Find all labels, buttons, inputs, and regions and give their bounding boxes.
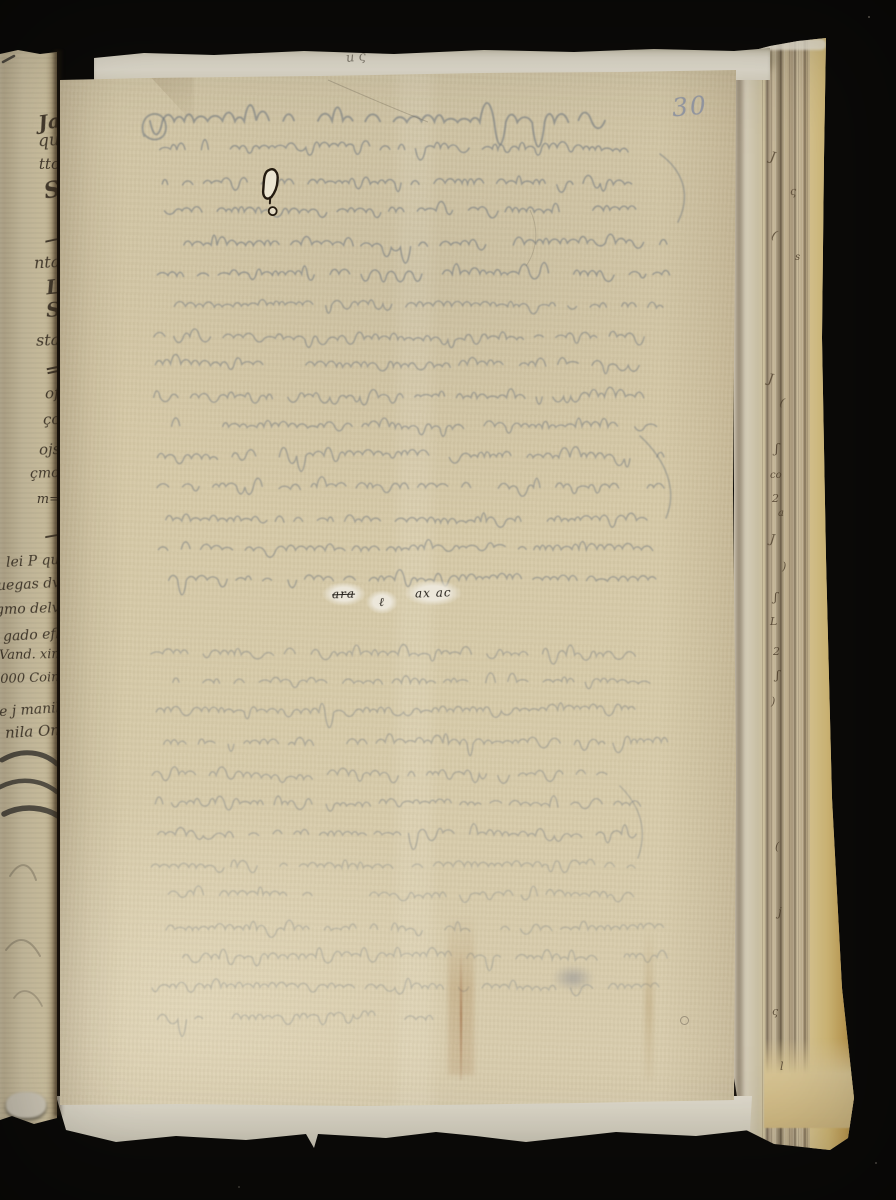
facing-page-strip: JaquttoS—ntaLSsta=ofçoojsçmom=—lei P quu… bbox=[0, 48, 57, 1124]
fore-edge-ink-mark: ʃ bbox=[776, 668, 779, 682]
speck bbox=[238, 1186, 240, 1188]
hole-patch-text: ax ac bbox=[414, 585, 451, 600]
speck bbox=[875, 1162, 877, 1164]
hole-patch: ax ac bbox=[404, 580, 462, 606]
fore-edge-crevice bbox=[766, 38, 768, 1150]
speck bbox=[868, 16, 870, 18]
pencil-edge-mark: u ς bbox=[345, 49, 366, 66]
hole-patch: ℓ bbox=[366, 590, 398, 614]
vellum-cover-edge bbox=[810, 38, 856, 1150]
paper-scratches bbox=[60, 70, 736, 1106]
fore-edge-ink-mark: j bbox=[778, 905, 782, 919]
fore-edge-ink-mark: s bbox=[795, 252, 800, 263]
fore-edge-ink-mark: ( bbox=[775, 840, 779, 853]
fore-edge-top-highlight bbox=[736, 39, 826, 50]
ink-smudge bbox=[552, 965, 594, 991]
fore-edge-ink-mark: L bbox=[770, 615, 777, 628]
fore-edge-ink-mark: 2 bbox=[772, 492, 779, 505]
fore-edge-ink-mark: co bbox=[770, 470, 782, 481]
fore-edge-ink-mark: l bbox=[780, 1060, 784, 1073]
folio-number: 30 bbox=[671, 90, 709, 122]
hole-patch-text: ara bbox=[332, 587, 356, 602]
fore-edge-crevice bbox=[780, 38, 782, 1150]
fore-edge-ink-mark: ς bbox=[772, 1005, 778, 1018]
hole-patch: ara bbox=[322, 582, 366, 606]
ring-mark bbox=[680, 1016, 689, 1025]
hole-patch-text: ℓ bbox=[379, 594, 386, 609]
manuscript-photograph: Jς(sJ(ʃco2aJ)ʃL2ʃ)(jςl u ς JaquttoS—ntaL… bbox=[0, 0, 896, 1200]
stain-streak bbox=[645, 930, 653, 1080]
fore-edge-ink-mark: ς bbox=[789, 185, 796, 198]
facing-page-flourishes bbox=[0, 48, 57, 1124]
fore-edge-ink-mark: ʃ bbox=[775, 442, 779, 457]
fore-edge-page-stack: Jς(sJ(ʃco2aJ)ʃL2ʃ)(jςl bbox=[734, 38, 860, 1150]
fore-edge-bottom-curl bbox=[764, 1038, 860, 1128]
fore-edge-ink-mark: ) bbox=[782, 560, 786, 573]
manuscript-page: 30 araℓax ac bbox=[60, 70, 736, 1106]
fore-edge-ink-mark: a bbox=[778, 508, 784, 519]
fore-edge-ink-mark: ʃ bbox=[774, 590, 777, 604]
ink-blot bbox=[253, 164, 293, 225]
fore-edge-ink-mark: ) bbox=[771, 695, 775, 708]
fore-edge-ink-mark: 2 bbox=[773, 645, 780, 658]
crumpled-page-corner bbox=[6, 1092, 46, 1118]
fore-edge-crevice bbox=[794, 38, 796, 1150]
stain-streak bbox=[460, 950, 462, 1080]
fore-edge-crevice bbox=[804, 38, 806, 1150]
